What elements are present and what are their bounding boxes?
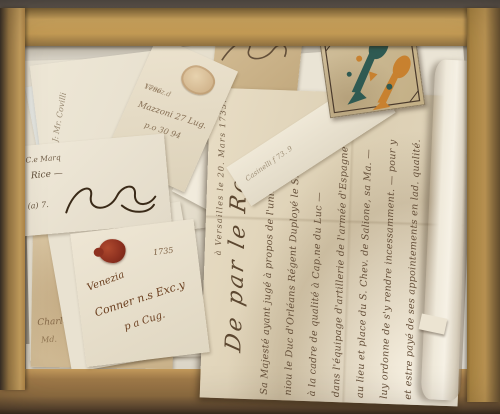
handwritten-year: 1735 — [153, 246, 174, 257]
wooden-frame-top — [0, 8, 500, 46]
handwritten-address-line: p a Cug. — [123, 309, 167, 333]
red-wax-seal — [97, 238, 127, 265]
venezia-letter: 1735 Venezia Conner n.s Exc.y p a Cug. — [70, 219, 209, 367]
strip-handwriting: Casinelli f 73. 9 — [244, 145, 294, 183]
handwritten-word: Md. — [41, 335, 57, 345]
photo-of-letter-box: Roma J: Mr. Covilli Bull. Charles Md. Ca… — [0, 0, 500, 414]
handwritten-line: C.e Marq — [25, 153, 61, 165]
signature-flourish-icon — [60, 172, 164, 227]
handwritten-place-venezia: Venezia — [86, 269, 126, 293]
marq-letter: C.e Marq Rice — (a) 7. — [14, 134, 171, 237]
pale-seal-remnant — [177, 60, 219, 99]
wooden-frame-right — [467, 8, 500, 402]
handwritten-line: Rice — — [31, 169, 64, 182]
wooden-frame-left — [0, 8, 25, 390]
handwritten-year: 1796 — [143, 82, 162, 95]
handwritten-line: (a) 7. — [27, 200, 49, 211]
